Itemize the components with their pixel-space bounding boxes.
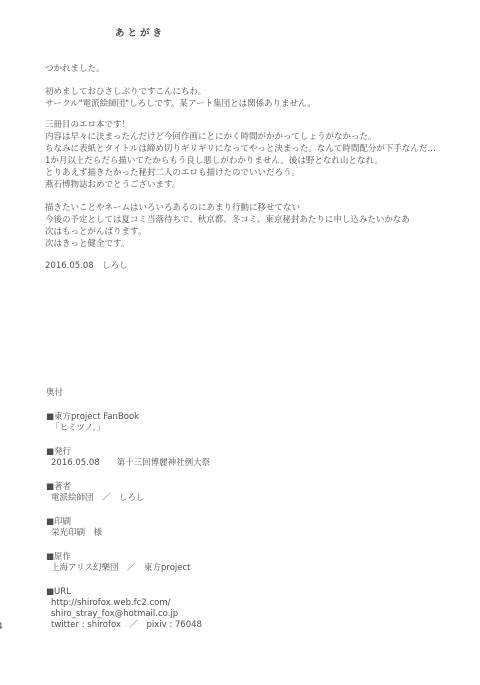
text-line: 1か月以上だらだら描いてたからもう良し悪しがわかりません。後は野となれ山となれ。 [45, 155, 455, 167]
colophon-heading: 奥付 [46, 388, 455, 399]
text-line: 描きたいことやネームはいろいろあるのにあまり行動に移せてない [45, 202, 455, 214]
colophon-entry-line: 栄光印刷 様 [46, 528, 455, 539]
paragraph: つかれました。 [45, 63, 455, 75]
colophon-entry-line: 上海アリス幻樂団 ／ 東方project [46, 563, 455, 574]
text-line: 今後の予定としては夏コミ当落待ちで、秋京都、冬コミ、東京秘封あたりに申し込みたい… [45, 214, 455, 226]
colophon-entry-publication: ■発行 2016.05.08 第十三回博麗神社例大祭 [46, 447, 455, 469]
text-line: つかれました。 [45, 63, 455, 75]
colophon-entry-line: 電派絵師団 ／ しろし [46, 493, 455, 504]
page-number: 4 [0, 622, 3, 632]
colophon-entry-label: ■原作 [46, 552, 455, 563]
text-line: 次はもっとがんばります。 [45, 226, 455, 238]
colophon-entry-label: ■東方project FanBook [46, 412, 455, 423]
colophon-entry-book-title: ■東方project FanBook 「ヒミツノ。」 [46, 412, 455, 434]
paragraph: 描きたいことやネームはいろいろあるのにあまり行動に移せてない 今後の予定としては… [45, 202, 455, 250]
signature-date: 2016.05.08 しろし [45, 260, 455, 272]
text-line: 燕石博物誌おめでとうございます。 [45, 179, 455, 191]
colophon-entry-line-social: twitter : shirofox ／ pixiv : 76048 [46, 620, 455, 631]
document-page: あとがき つかれました。 初めましておひさしぶりですこんにちわ。 サークル"電派… [0, 0, 480, 685]
paragraph: 三冊目のエロ本です！ 内容は早々に決まったんだけど今回作画にとにかく時間がかかっ… [45, 119, 455, 191]
colophon-entry-label: ■URL [46, 587, 455, 598]
text-line: 次はきっと健全です。 [45, 238, 455, 250]
colophon-section: 奥付 ■東方project FanBook 「ヒミツノ。」 ■発行 2016.0… [46, 388, 455, 644]
colophon-entry-label: ■印刷 [46, 517, 455, 528]
colophon-entry-author: ■著者 電派絵師団 ／ しろし [46, 482, 455, 504]
text-line: 初めましておひさしぶりですこんにちわ。 [45, 86, 455, 98]
afterword-title: あとがき [115, 28, 455, 40]
text-line: 内容は早々に決まったんだけど今回作画にとにかく時間がかかってしょうがなかった。 [45, 131, 455, 143]
afterword-section: あとがき つかれました。 初めましておひさしぶりですこんにちわ。 サークル"電派… [45, 28, 455, 272]
colophon-entry-line: 「ヒミツノ。」 [46, 423, 455, 434]
colophon-entry-line-email: shiro_stray_fox@hotmail.co.jp [46, 609, 455, 620]
colophon-entry-label: ■著者 [46, 482, 455, 493]
text-line: とりあえず描きたかった秘封二人のエロも描けたのでいいだろう。 [45, 167, 455, 179]
colophon-entry-printer: ■印刷 栄光印刷 様 [46, 517, 455, 539]
colophon-entry-line-website: http://shirofox.web.fc2.com/ [46, 598, 455, 609]
colophon-entry-url: ■URL http://shirofox.web.fc2.com/ shiro_… [46, 587, 455, 631]
colophon-entry-line: 2016.05.08 第十三回博麗神社例大祭 [46, 458, 455, 469]
text-line: 三冊目のエロ本です！ [45, 119, 455, 131]
text-line: サークル"電派絵師団"しろしです。某アート集団とは関係ありません。 [45, 98, 455, 110]
colophon-entry-original-work: ■原作 上海アリス幻樂団 ／ 東方project [46, 552, 455, 574]
paragraph: 初めましておひさしぶりですこんにちわ。 サークル"電派絵師団"しろしです。某アー… [45, 86, 455, 110]
text-line: ちなみに表紙とタイトルは締め切りギリギリになってやっと決まった。なんて時間配分が… [45, 143, 455, 155]
colophon-entry-label: ■発行 [46, 447, 455, 458]
